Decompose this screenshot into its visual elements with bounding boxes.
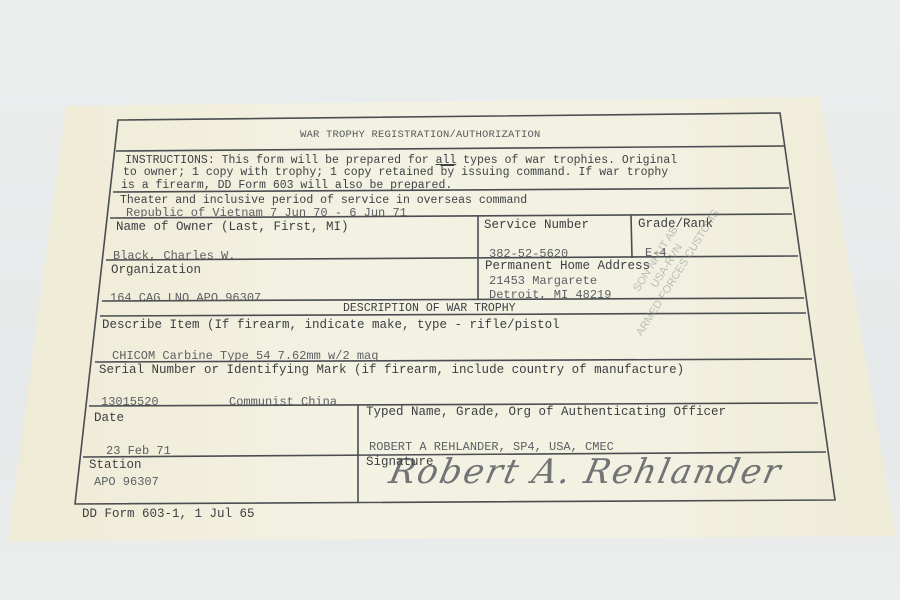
date-label: Date (94, 412, 124, 425)
instructions-line-1: INSTRUCTIONS: This form will be prepared… (125, 155, 677, 167)
organization-label: Organization (111, 264, 201, 277)
owner-name-label: Name of Owner (Last, First, MI) (116, 221, 349, 234)
description-section-header: DESCRIPTION OF WAR TROPHY (343, 303, 516, 315)
instructions-line-2: to owner; 1 copy with trophy; 1 copy ret… (123, 167, 668, 179)
country-of-manufacture-value: Communist China (229, 396, 337, 408)
instructions-line-3: is a firearm, DD Form 603 will also be p… (121, 180, 452, 192)
form-number-footer: DD Form 603-1, 1 Jul 65 (82, 508, 255, 521)
owner-name-value: Black, Charles W. (113, 250, 235, 262)
authenticating-officer-label: Typed Name, Grade, Org of Authenticating… (366, 406, 726, 419)
war-trophy-form: WAR TROPHY REGISTRATION/AUTHORIZATION IN… (0, 0, 900, 600)
service-number-label: Service Number (484, 219, 589, 232)
theater-label: Theater and inclusive period of service … (120, 195, 527, 207)
serial-number-value: 13015520 (101, 396, 159, 408)
serial-number-label: Serial Number or Identifying Mark (if fi… (99, 364, 684, 377)
describe-item-value: CHICOM Carbine Type 54 7.62mm w/2 mag (112, 350, 378, 362)
station-value: APO 96307 (94, 476, 159, 488)
theater-value: Republic of Vietnam 7 Jun 70 - 6 Jun 71 (126, 207, 407, 219)
home-address-line-2: Detroit, MI 48219 (489, 289, 611, 301)
handwritten-signature: Robert A. Rehlander (386, 452, 786, 492)
station-label: Station (89, 459, 142, 472)
home-address-label: Permanent Home Address (485, 260, 650, 273)
home-address-line-1: 21453 Margarete (489, 275, 597, 287)
form-title: WAR TROPHY REGISTRATION/AUTHORIZATION (300, 130, 541, 141)
describe-item-label: Describe Item (If firearm, indicate make… (102, 319, 560, 332)
date-value: 23 Feb 71 (106, 445, 171, 457)
organization-value: 164 CAG LNO APO 96307 (110, 292, 261, 304)
